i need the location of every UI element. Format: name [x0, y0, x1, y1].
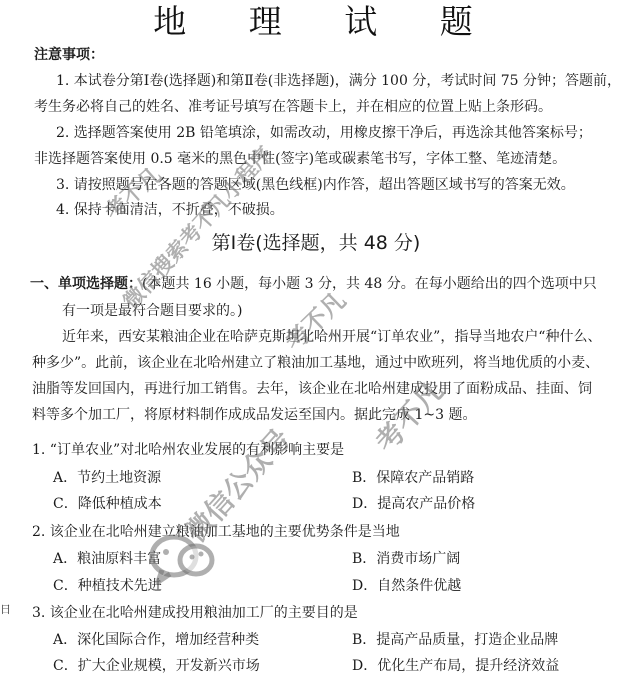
passage-line-2: 种多少”。此前，该企业在北哈州建立了粮油加工基地，通过中欧班列，将当地优质的小麦…: [32, 354, 599, 372]
notice-heading: 注意事项：: [34, 46, 104, 64]
question-2-option-c: C．种植技术先进: [53, 577, 162, 595]
notice-1-line-1: 1. 本试卷分第Ⅰ卷(选择题)和第Ⅱ卷(非选择题)，满分 100 分，考试时间 …: [56, 72, 621, 90]
notice-2-line-2: 非选择题答案使用 0.5 毫米的黑色中性(签字)笔或碳素笔书写，字体工整、笔迹清…: [34, 150, 566, 168]
exam-page: 地 理 试 题 注意事项： 1. 本试卷分第Ⅰ卷(选择题)和第Ⅱ卷(非选择题)，…: [0, 0, 632, 678]
notice-1-line-2: 考生务必将自己的姓名、准考证号填写在答题卡上，并在相应的位置上贴上条形码。: [34, 98, 552, 116]
question-2-option-a: A．粮油原料丰富: [53, 550, 161, 568]
passage-line-1: 近年来，西安某粮油企业在哈萨克斯坦北哈州开展“订单农业”，指导当地农户“种什么、: [62, 328, 601, 346]
question-2-option-d: D．自然条件优越: [352, 577, 461, 595]
question-3-stem: 3. 该企业在北哈州建成投用粮油加工厂的主要目的是: [32, 604, 358, 622]
document-title: 地 理 试 题: [0, 0, 632, 44]
question-1-stem: 1. “订单农业”对北哈州农业发展的有利影响主要是: [32, 441, 344, 459]
part-heading: 一、单项选择题：: [30, 276, 142, 292]
question-1-option-b: B．保障农产品销路: [352, 469, 474, 487]
margin-mark: 日: [0, 601, 11, 617]
passage-line-3: 油脂等发回国内，再进行加工销售。去年，该企业在北哈州建成投用了面粉成品、挂面、饲: [32, 380, 592, 398]
notice-3: 3. 请按照题号在各题的答题区域(黑色线框)内作答，超出答题区域书写的答案无效。: [56, 176, 575, 194]
part-instructions: (本题共 16 小题，每小题 3 分，共 48 分。在每小题给出的四个选项中只: [142, 276, 597, 292]
question-1-option-d: D．提高农产品价格: [352, 495, 475, 513]
question-1-option-c: C．降低种植成本: [53, 495, 162, 513]
passage-line-4: 料等多个加工厂，将原材料制作成成品发运至国内。据此完成 1~3 题。: [32, 406, 476, 424]
question-3-option-c: C．扩大企业规模，开发新兴市场: [53, 657, 260, 675]
question-3-option-d: D．优化生产布局，提升经济效益: [352, 657, 559, 675]
question-2-stem: 2. 该企业在北哈州建立粮油加工基地的主要优势条件是当地: [32, 523, 400, 541]
question-3-option-a: A．深化国际合作，增加经营种类: [53, 631, 259, 649]
section-title: 第Ⅰ卷(选择题，共 48 分): [0, 231, 632, 255]
part-instructions-cont: 有一项是最符合题目要求的。): [62, 302, 242, 320]
part-heading-line: 一、单项选择题：(本题共 16 小题，每小题 3 分，共 48 分。在每小题给出…: [30, 275, 597, 293]
question-2-option-b: B．消费市场广阔: [352, 550, 460, 568]
notice-2-line-1: 2. 选择题答案使用 2B 铅笔填涂，如需改动，用橡皮擦干净后，再选涂其他答案标…: [56, 124, 592, 142]
notice-4: 4. 保持卡面清洁，不折叠，不破损。: [56, 201, 284, 219]
question-1-option-a: A．节约土地资源: [53, 469, 161, 487]
question-3-option-b: B．提高产品质量，打造企业品牌: [352, 631, 558, 649]
